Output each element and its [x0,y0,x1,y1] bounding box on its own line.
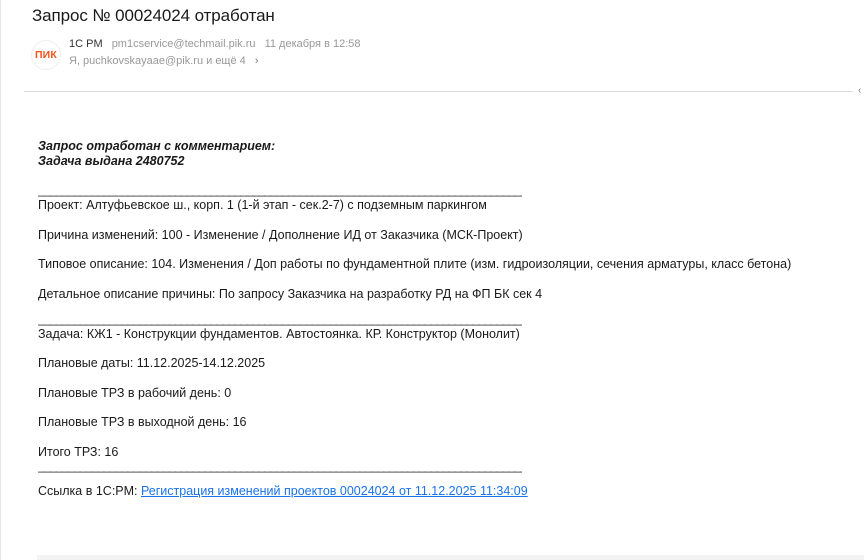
recipients-list: Я, puchkovskayaae@pik.ru и ещё 4 [69,55,246,67]
link-line: Ссылка в 1С:PM: Регистрация изменений пр… [38,483,791,499]
separator-rule: ________________________________________… [38,184,522,197]
trz-total-line: Итого ТРЗ: 16 [38,444,791,460]
project-change-link[interactable]: Регистрация изменений проектов 00024024 … [141,484,528,498]
avatar-logo: ПИК [35,49,57,61]
body-heading: Запрос отработан с комментарием: [38,139,791,154]
trz-workday-line: Плановые ТРЗ в рабочий день: 0 [38,385,791,401]
email-date: 11 декабря в 12:58 [265,38,361,50]
link-label: Ссылка в 1С:PM: [38,484,141,498]
sender-avatar[interactable]: ПИК [32,41,60,69]
sender-email[interactable]: pm1cservice@techmail.pik.ru [112,38,256,50]
chevron-right-icon: › [255,55,259,67]
recipients-toggle[interactable]: Я, puchkovskayaae@pik.ru и ещё 4 › [69,55,259,67]
planned-dates-line: Плановые даты: 11.12.2025-14.12.2025 [38,355,791,371]
reason-line: Причина изменений: 100 - Изменение / Доп… [38,227,791,243]
task-line: Задача: КЖ1 - Конструкции фундаментов. А… [38,326,791,342]
sender-name[interactable]: 1C PM [69,38,103,50]
sender-line: 1C PM pm1cservice@techmail.pik.ru 11 дек… [69,38,361,50]
header-divider [24,91,853,92]
collapse-arrow-icon[interactable]: ‹ [858,85,861,96]
detailed-description-line: Детальное описание причины: По запросу З… [38,286,791,302]
pane-border [0,0,1,560]
reply-bar [37,555,864,560]
task-issued: Задача выдана 2480752 [38,154,791,169]
typical-description-line: Типовое описание: 104. Изменения / Доп р… [38,256,791,272]
separator-rule: ________________________________________… [38,313,522,326]
trz-weekend-line: Плановые ТРЗ в выходной день: 16 [38,414,791,430]
separator-rule: ________________________________________… [38,460,522,473]
email-body: Запрос отработан с комментарием: Задача … [38,139,791,499]
project-line: Проект: Алтуфьевское ш., корп. 1 (1-й эт… [38,197,791,213]
email-subject: Запрос № 00024024 отработан [32,6,275,26]
